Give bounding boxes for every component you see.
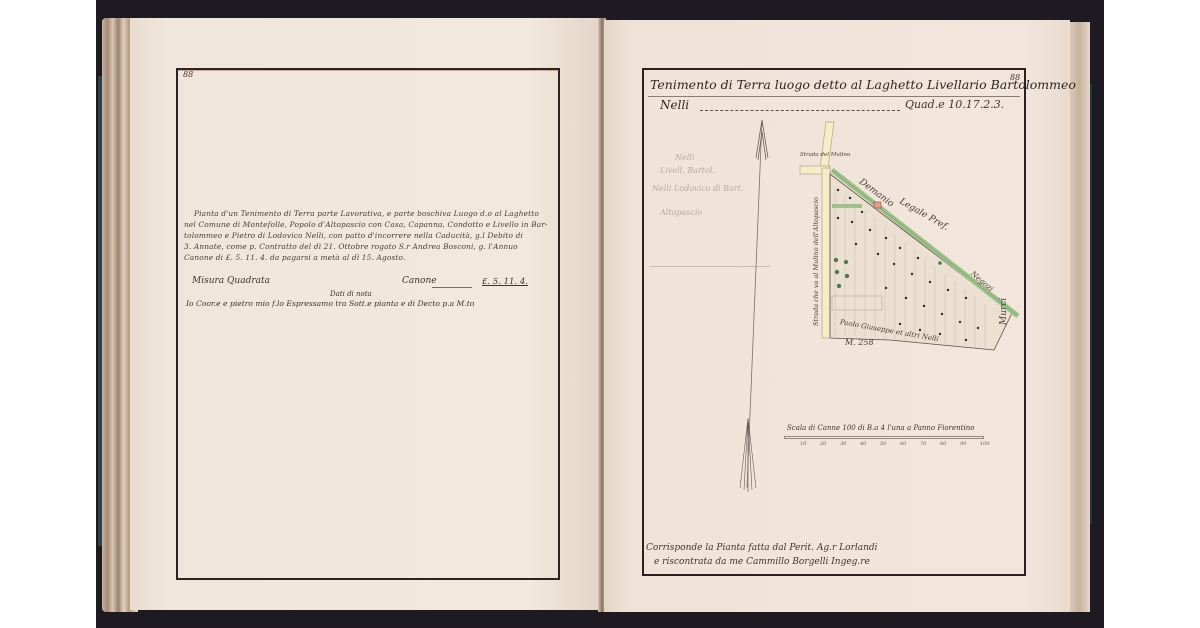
scale-tick: 70 bbox=[920, 441, 926, 447]
left-page-frame bbox=[176, 68, 560, 580]
north-arrow-icon bbox=[730, 118, 770, 498]
right-page-number: 88 bbox=[1010, 73, 1020, 82]
pencil-note: Altopascio bbox=[660, 208, 702, 217]
quadrature-value: Quad.e 10.17.2.3. bbox=[905, 98, 1004, 111]
title-dash-leader bbox=[700, 110, 900, 111]
description-line: Canone di £. 5. 11. 4. da pagarsi a metà… bbox=[184, 253, 405, 262]
scale-tick: 20 bbox=[820, 441, 826, 447]
canone-label: Canone bbox=[402, 276, 437, 286]
scale-tick: 30 bbox=[840, 441, 846, 447]
scale-tick: 10 bbox=[800, 441, 806, 447]
measure-label: Misura Quadrata bbox=[192, 276, 270, 286]
scale-tick: 60 bbox=[900, 441, 906, 447]
description-line: 3. Annate, come p. Contratto del dì 21. … bbox=[184, 242, 518, 251]
annotation-above: Dati di nota bbox=[330, 290, 372, 298]
pencil-note: Livell. Bartol. bbox=[660, 166, 715, 175]
map-title-continued: Nelli bbox=[660, 98, 689, 112]
title-underline bbox=[648, 96, 1020, 97]
map-label-north-road: Strada del Mulino bbox=[800, 152, 850, 158]
scale-tick: 50 bbox=[880, 441, 886, 447]
scale-tick: 100 bbox=[980, 441, 990, 447]
description-line: nel Comune di Montefolle, Popolo d'Altop… bbox=[184, 220, 548, 229]
map-label-corner: Murci bbox=[999, 298, 1009, 325]
canone-value: £. 5. 11. 4. bbox=[482, 277, 528, 287]
signature-line: e riscontrata da me Cammillo Borgelli In… bbox=[654, 557, 870, 567]
pencil-note: Nelli bbox=[675, 153, 694, 162]
page-stack-right bbox=[1068, 22, 1090, 612]
description-line: tolommeo e Pietro di Lodovico Nelli, con… bbox=[184, 231, 523, 240]
scale-tick: 80 bbox=[940, 441, 946, 447]
scale-tick: 40 bbox=[860, 441, 866, 447]
scale-tick: 90 bbox=[960, 441, 966, 447]
map-label-west-road: Strada che va al Mulino dell'Altopascio bbox=[812, 197, 820, 326]
description-line: Pianta d'un Tenimento di Terra parte Lav… bbox=[194, 209, 539, 218]
canone-dash bbox=[432, 287, 472, 288]
map-pencil-note: M. 258 bbox=[845, 338, 874, 347]
signature-line: Corrisponde la Pianta fatta dal Perit. A… bbox=[646, 543, 878, 553]
scale-bar bbox=[784, 436, 984, 439]
scale-title: Scala di Canne 100 di B.a 4 l'una a Pann… bbox=[787, 424, 974, 432]
closing-line: Io Coor.e e pietro mio f.lo Espressamo t… bbox=[186, 299, 474, 308]
left-page-number: 88 bbox=[183, 70, 193, 79]
